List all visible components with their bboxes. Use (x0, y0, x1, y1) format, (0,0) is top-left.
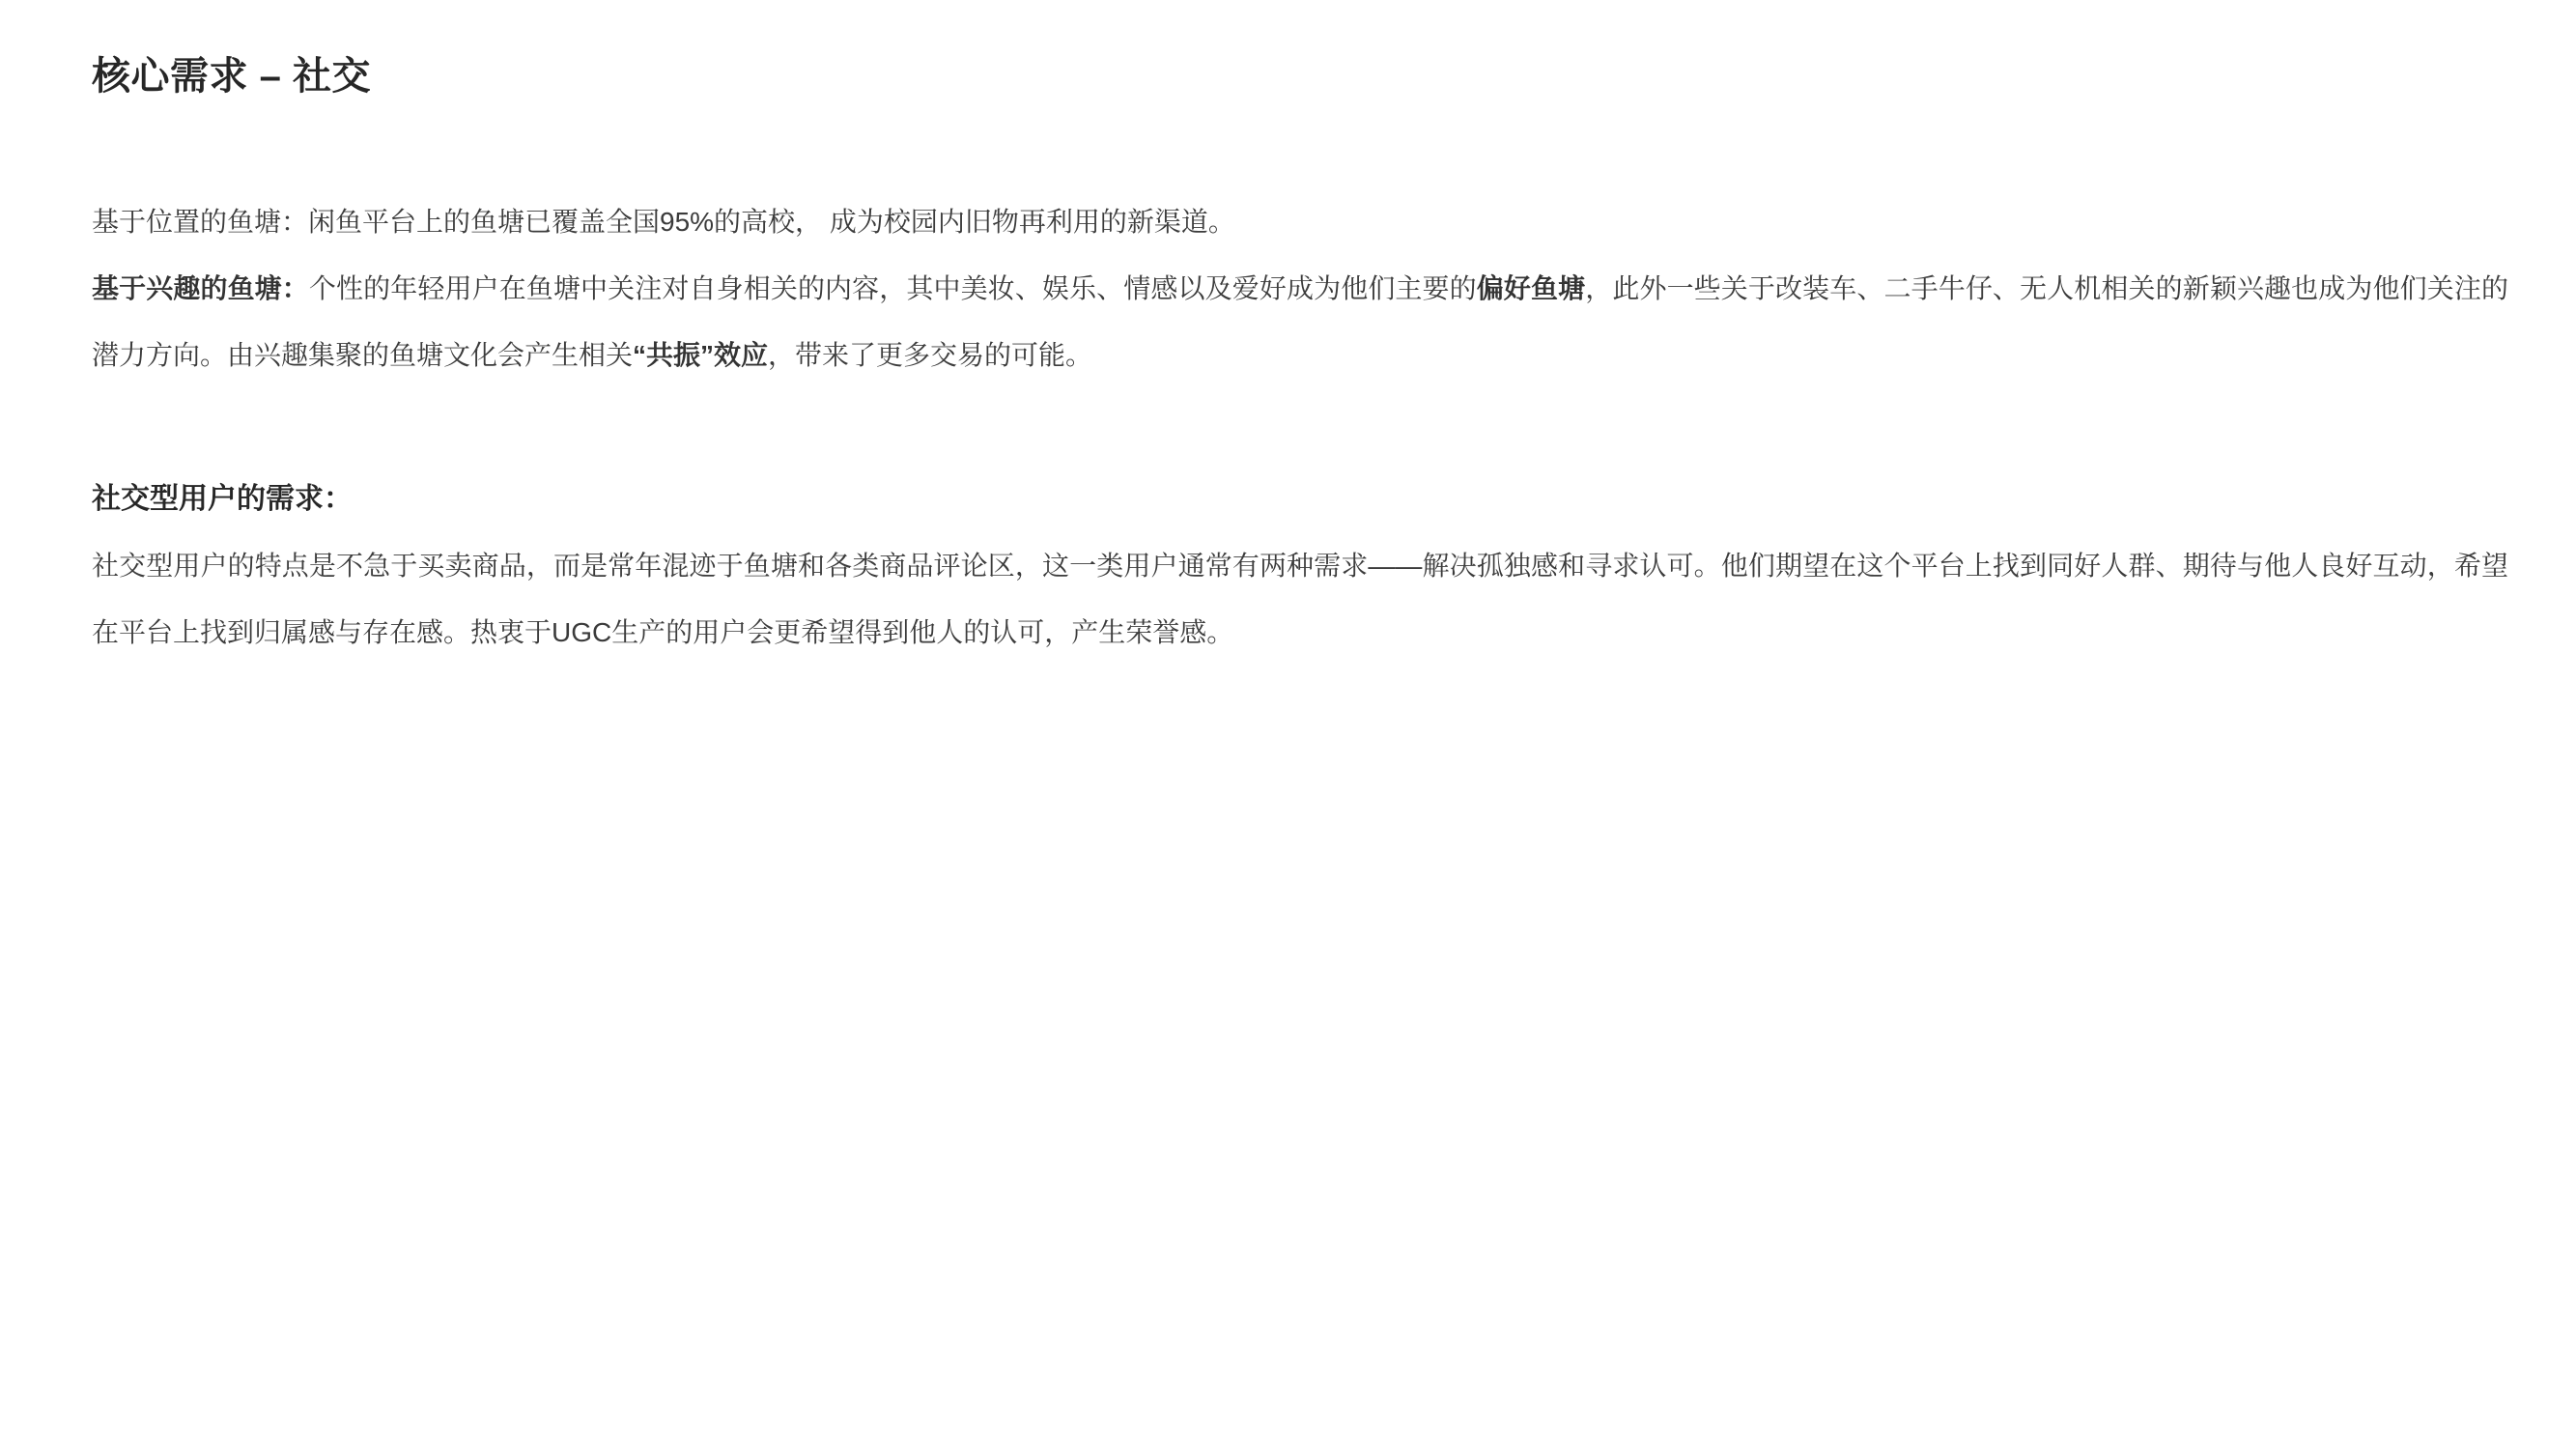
paragraph-social-users: 社交型用户的特点是不急于买卖商品，而是常年混迹于鱼塘和各类商品评论区，这一类用户… (92, 532, 2508, 666)
interest-fishpond-bold-preference: 偏好鱼塘 (1477, 273, 1585, 303)
page-title: 核心需求 – 社交 (92, 53, 2508, 99)
paragraph-interest-fishpond: 基于兴趣的鱼塘：个性的年轻用户在鱼塘中关注对自身相关的内容，其中美妆、娱乐、情感… (92, 255, 2508, 388)
interest-fishpond-lead: 基于兴趣的鱼塘： (92, 273, 309, 303)
interest-fishpond-bold-resonance: “共振”效应 (633, 340, 768, 370)
interest-fishpond-seg3: ，带来了更多交易的可能。 (768, 340, 1092, 370)
social-users-subheading: 社交型用户的需求： (92, 480, 2508, 519)
fishpond-paragraphs: 基于位置的鱼塘：闲鱼平台上的鱼塘已覆盖全国95%的高校， 成为校园内旧物再利用的… (92, 188, 2508, 388)
location-fishpond-body: 闲鱼平台上的鱼塘已覆盖全国95%的高校， 成为校园内旧物再利用的新渠道。 (308, 207, 1235, 237)
paragraph-location-fishpond: 基于位置的鱼塘：闲鱼平台上的鱼塘已覆盖全国95%的高校， 成为校园内旧物再利用的… (92, 188, 2508, 255)
page-content: 核心需求 – 社交 基于位置的鱼塘：闲鱼平台上的鱼塘已覆盖全国95%的高校， 成… (0, 0, 2576, 666)
document-page: 核心需求 – 社交 基于位置的鱼塘：闲鱼平台上的鱼塘已覆盖全国95%的高校， 成… (0, 0, 2576, 1449)
location-fishpond-lead: 基于位置的鱼塘： (92, 207, 308, 237)
interest-fishpond-seg1: 个性的年轻用户在鱼塘中关注对自身相关的内容，其中美妆、娱乐、情感以及爱好成为他们… (309, 273, 1477, 303)
